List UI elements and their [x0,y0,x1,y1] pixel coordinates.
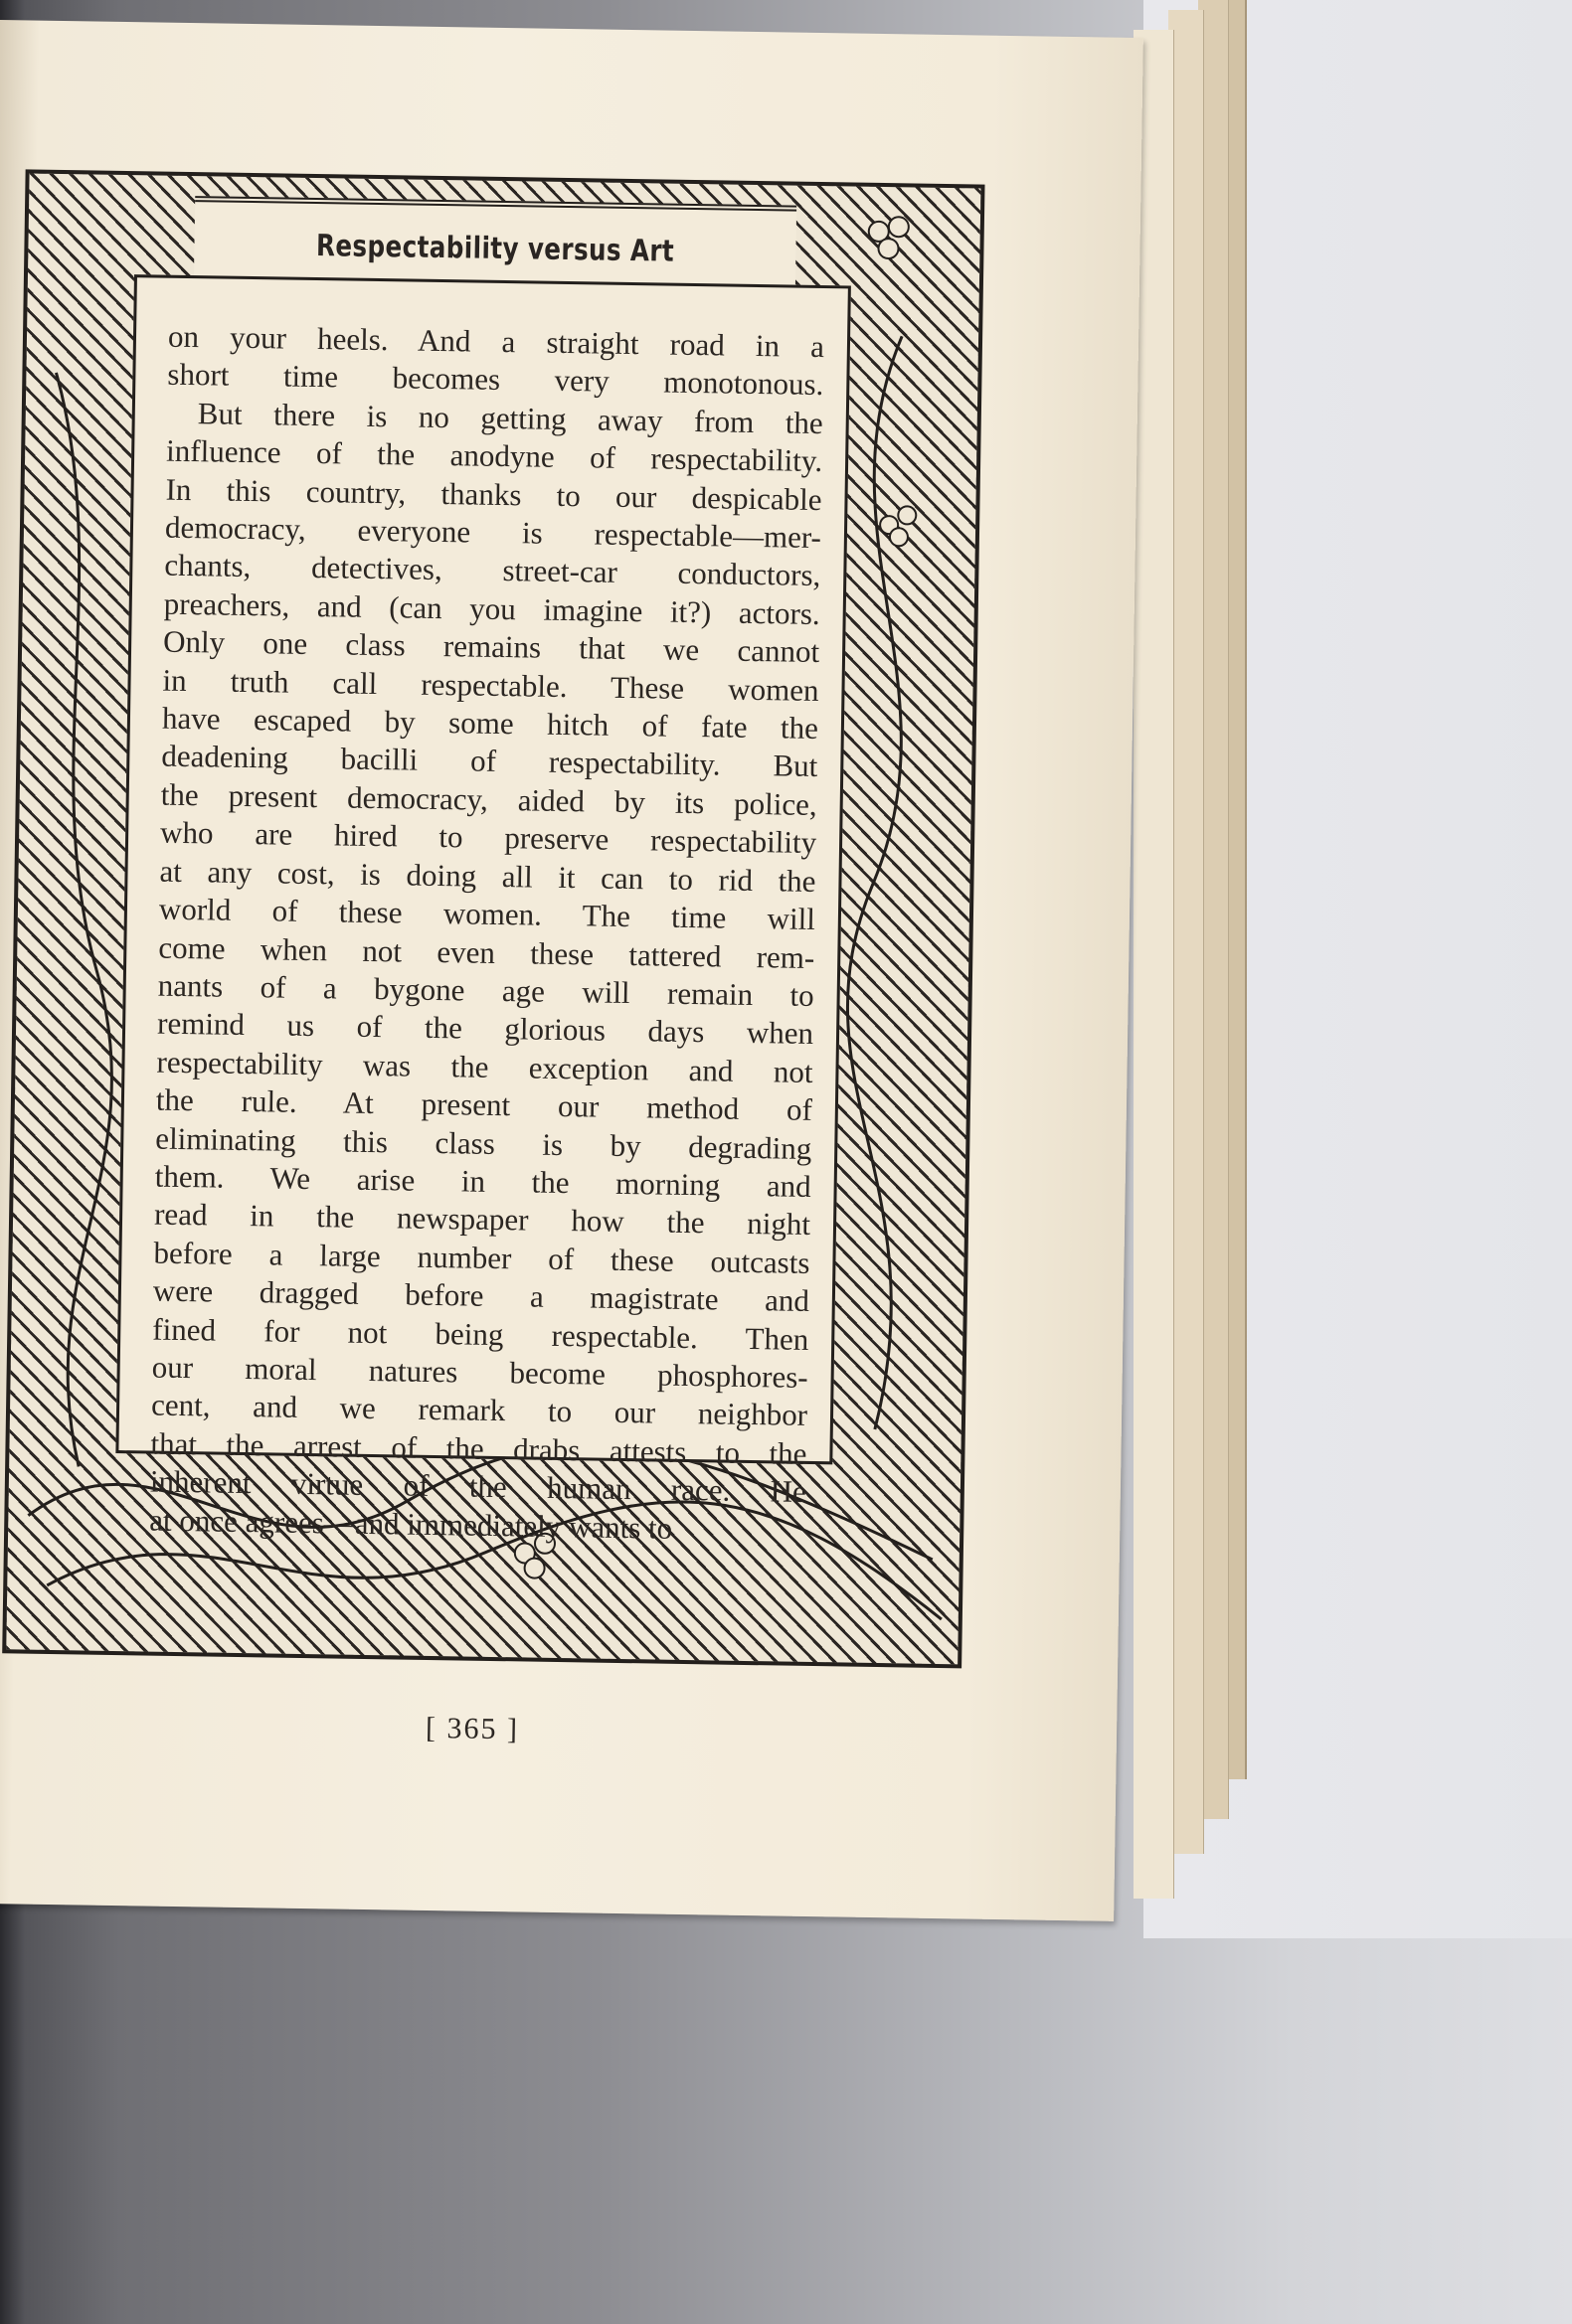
book-page: Respectability versus Art on your heels.… [0,20,1143,1921]
ornamental-border: Respectability versus Art on your heels.… [2,169,984,1668]
text-panel: on your heels. And a straight road in a … [115,274,851,1464]
page-edge-stack [1134,30,1174,1899]
body-text: on your heels. And a straight road in a … [149,318,824,1550]
page-number: [ 365 ] [426,1712,520,1746]
running-head: Respectability versus Art [316,229,675,269]
